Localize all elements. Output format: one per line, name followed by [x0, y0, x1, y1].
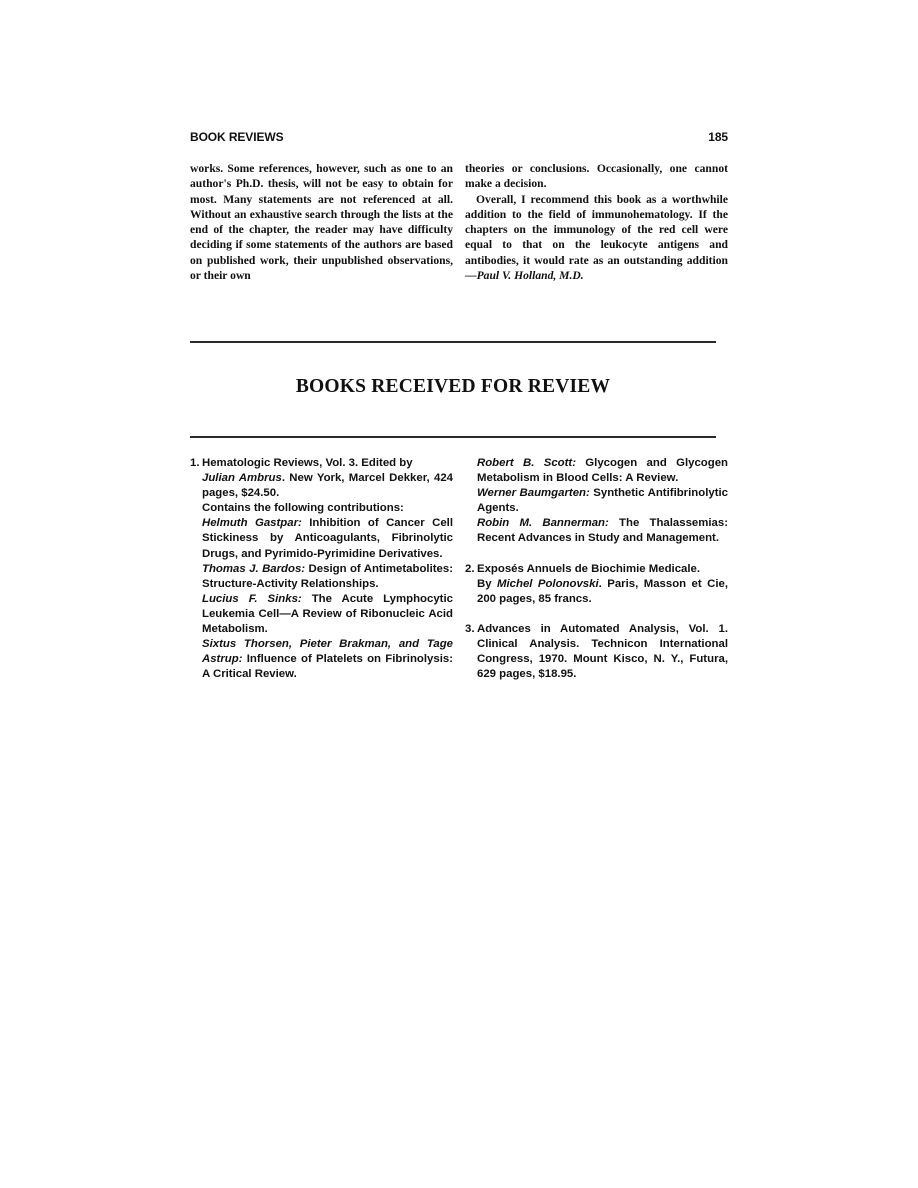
book-entry-2: 2.Exposés Annuels de Biochimie Medicale.… — [465, 562, 728, 607]
book-publication-info: Julian Ambrus. New York, Marcel Dekker, … — [190, 471, 453, 501]
book-description: Advances in Automated Analysis, Vol. 1. … — [477, 622, 728, 682]
entry-number: 3. — [465, 622, 477, 682]
contribution: Werner Baumgarten: Synthetic Antifibrino… — [465, 486, 728, 516]
contribution-author: Lucius F. Sinks: — [202, 593, 302, 605]
contribution-author: Robert B. Scott: — [477, 457, 576, 469]
book-title: Hematologic Reviews, Vol. 3. Edited by — [202, 457, 413, 469]
contribution: Sixtus Thorsen, Pieter Brakman, and Tage… — [190, 637, 453, 682]
review-paragraph: theories or conclusions. Occasionally, o… — [465, 161, 728, 192]
book-entry-1: 1.Hematologic Reviews, Vol. 3. Edited by… — [190, 456, 453, 682]
review-paragraph: works. Some references, however, such as… — [190, 161, 453, 283]
by-label: By — [477, 578, 497, 590]
journal-page: BOOK REVIEWS 185 works. Some references,… — [190, 128, 728, 283]
books-left-column: 1.Hematologic Reviews, Vol. 3. Edited by… — [190, 456, 453, 697]
review-right-column: theories or conclusions. Occasionally, o… — [465, 161, 728, 283]
entry-number: 1. — [190, 456, 202, 471]
books-right-column: Robert B. Scott: Glycogen and Glycogen M… — [465, 456, 728, 697]
book-entry-1-continued: Robert B. Scott: Glycogen and Glycogen M… — [465, 456, 728, 547]
reviewer-signature: Paul V. Holland, M.D. — [477, 269, 584, 282]
contribution: Thomas J. Bardos: Design of Antimetaboli… — [190, 562, 453, 592]
contribution-author: Robin M. Bannerman: — [477, 517, 609, 529]
review-continuation: works. Some references, however, such as… — [190, 161, 728, 283]
section-name: BOOK REVIEWS — [190, 128, 283, 146]
section-divider-top — [190, 341, 716, 343]
review-conclusion: Overall, I recommend this book as a wort… — [465, 192, 728, 284]
contribution-author: Thomas J. Bardos: — [202, 563, 305, 575]
review-left-column: works. Some references, however, such as… — [190, 161, 453, 283]
book-author: Michel Polonovski — [497, 578, 599, 590]
running-head: BOOK REVIEWS 185 — [190, 128, 728, 146]
book-editor: Julian Ambrus — [202, 472, 282, 484]
contribution-author: Werner Baumgarten: — [477, 487, 590, 499]
contents-label: Contains the following contributions: — [190, 501, 453, 516]
section-divider-bottom — [190, 436, 716, 438]
page-number: 185 — [708, 128, 728, 146]
contribution: Lucius F. Sinks: The Acute Lymphocytic L… — [190, 592, 453, 637]
contribution: Helmuth Gastpar: Inhibition of Cancer Ce… — [190, 516, 453, 561]
entry-number: 2. — [465, 562, 477, 577]
contribution-author: Helmuth Gastpar: — [202, 517, 302, 529]
contribution: Robin M. Bannerman: The Thalassemias: Re… — [465, 516, 728, 546]
book-entry-3: 3.Advances in Automated Analysis, Vol. 1… — [465, 622, 728, 682]
book-title: Exposés Annuels de Biochimie Medicale. — [477, 563, 700, 575]
section-title: BOOKS RECEIVED FOR REVIEW — [190, 376, 716, 398]
book-publication-info: By Michel Polonovski. Paris, Masson et C… — [465, 577, 728, 607]
books-received-list: 1.Hematologic Reviews, Vol. 3. Edited by… — [190, 456, 728, 697]
contribution: Robert B. Scott: Glycogen and Glycogen M… — [465, 456, 728, 486]
